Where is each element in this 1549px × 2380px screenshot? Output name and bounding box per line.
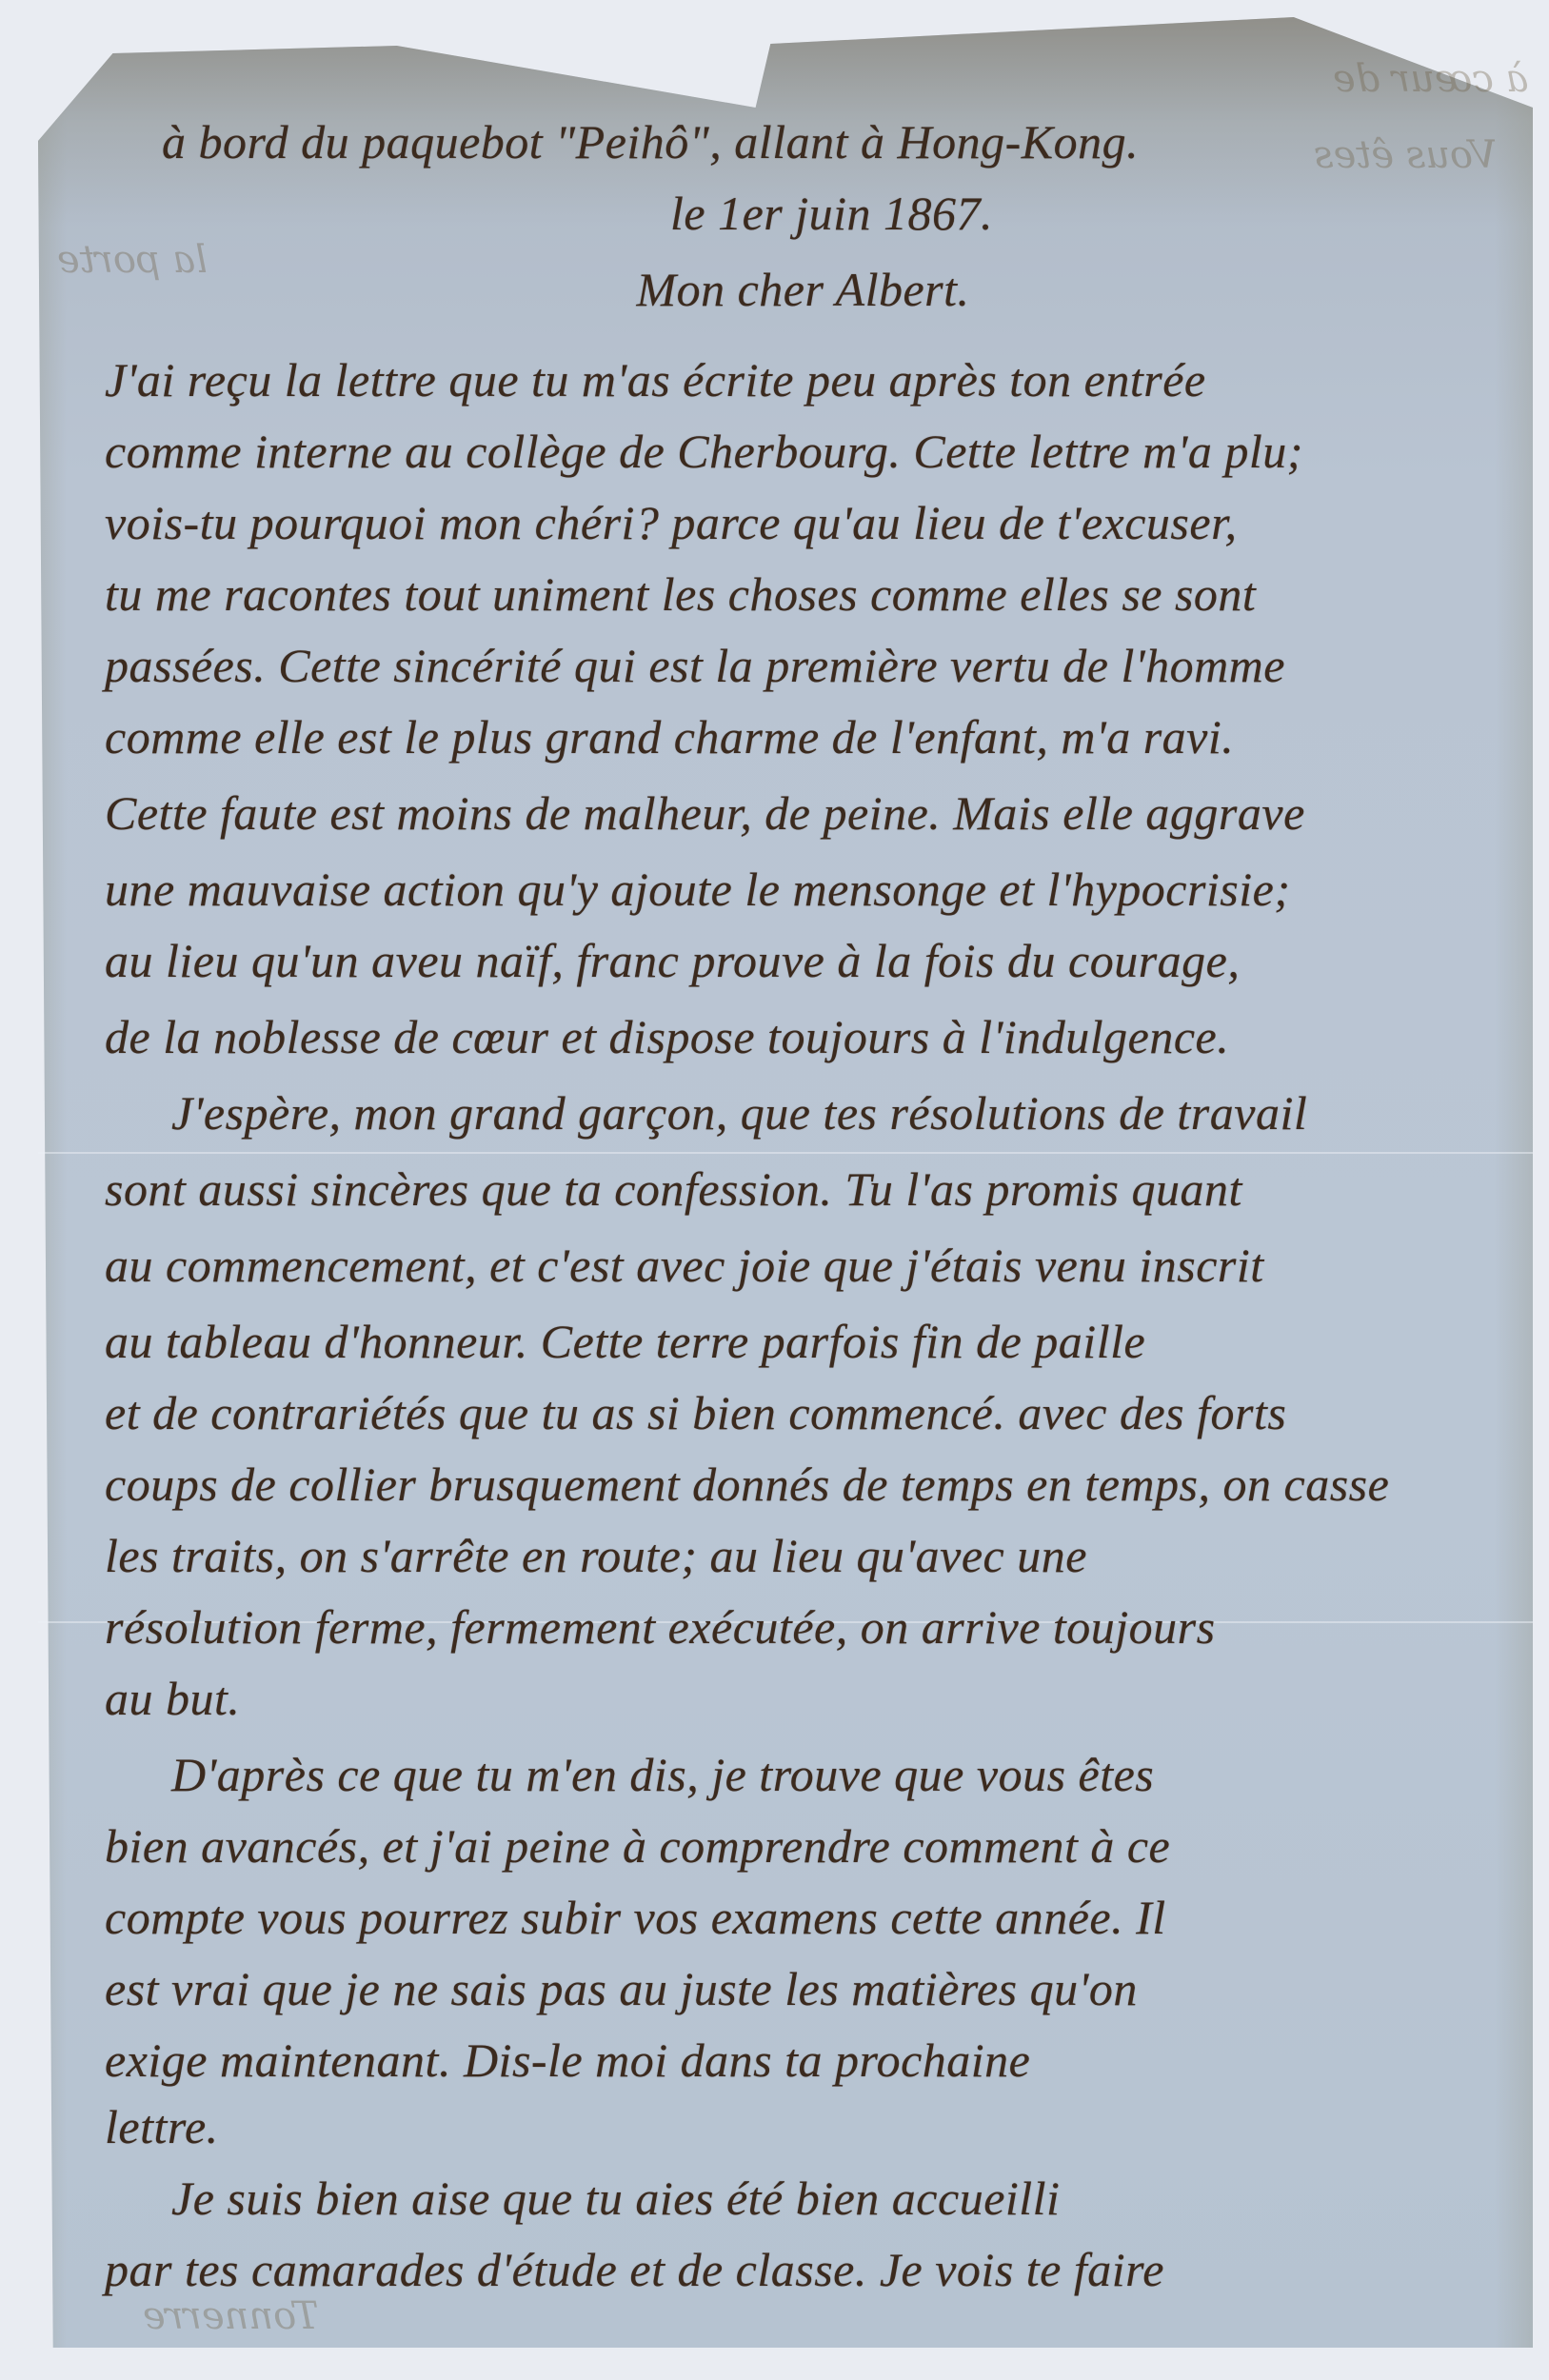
letter-line: D'après ce que tu m'en dis, je trouve qu… <box>105 1747 1463 1802</box>
letter-line: comme elle est le plus grand charme de l… <box>105 709 1463 764</box>
letter-line: au commencement, et c'est avec joie que … <box>105 1238 1463 1293</box>
paper-fold-line <box>38 1152 1533 1154</box>
letter-line: lettre. <box>105 2099 1463 2154</box>
letter-line: par tes camarades d'étude et de classe. … <box>105 2242 1463 2297</box>
letter-line: bien avancés, et j'ai peine à comprendre… <box>105 1818 1463 1874</box>
letter-date: le 1er juin 1867. <box>0 186 1549 241</box>
letter-line: comme interne au collège de Cherbourg. C… <box>105 424 1463 479</box>
letter-line: au but. <box>105 1671 1463 1726</box>
letter-line: les traits, on s'arrête en route; au lie… <box>105 1528 1463 1583</box>
letter-line: est vrai que je ne sais pas au juste les… <box>105 1961 1463 2016</box>
letter-line: Je suis bien aise que tu aies été bien a… <box>105 2171 1463 2226</box>
letter-line: coups de collier brusquement donnés de t… <box>105 1457 1463 1512</box>
letter-line: exige maintenant. Dis-le moi dans ta pro… <box>105 2033 1463 2088</box>
letter-line: résolution ferme, fermement exécutée, on… <box>105 1599 1463 1655</box>
letter-line: de la noblesse de cœur et dispose toujou… <box>105 1009 1463 1064</box>
letter-line: J'ai reçu la lettre que tu m'as écrite p… <box>105 352 1463 407</box>
letter-line: sont aussi sincères que ta confession. T… <box>105 1161 1463 1217</box>
letter-line: J'espère, mon grand garçon, que tes réso… <box>105 1085 1463 1140</box>
letter-line: passées. Cette sincérité qui est la prem… <box>105 638 1463 693</box>
letter-line: au lieu qu'un aveu naïf, franc prouve à … <box>105 933 1463 988</box>
letter-line: tu me racontes tout uniment les choses c… <box>105 566 1463 622</box>
letter-line: compte vous pourrez subir vos examens ce… <box>105 1890 1463 1945</box>
letter-line: vois-tu pourquoi mon chéri? parce qu'au … <box>105 495 1463 550</box>
letter-line: et de contrariétés que tu as si bien com… <box>105 1385 1463 1440</box>
letter-line: au tableau d'honneur. Cette terre parfoi… <box>105 1314 1463 1369</box>
letter-location-header: à bord du paquebot "Peihô", allant à Hon… <box>162 114 1463 169</box>
reverse-ink-showthrough: Tonnerre <box>143 2294 319 2338</box>
letter-line: Cette faute est moins de malheur, de pei… <box>105 785 1463 841</box>
letter-salutation: Mon cher Albert. <box>0 262 1549 317</box>
letter-line: une mauvaise action qu'y ajoute le menso… <box>105 862 1463 917</box>
reverse-ink-showthrough: à cœur de <box>1333 57 1528 101</box>
